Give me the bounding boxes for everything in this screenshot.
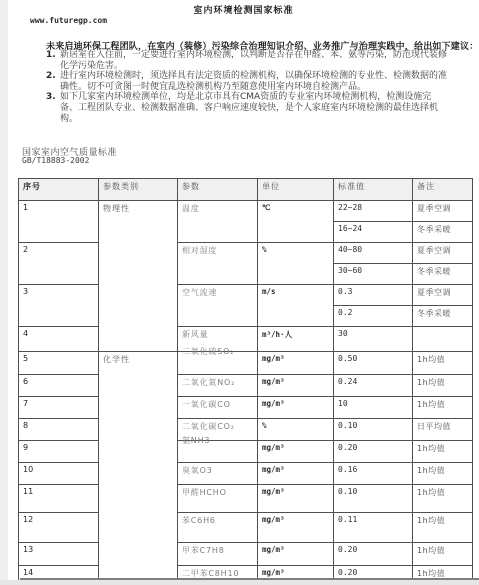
parameter-cell: 甲醛HCHO bbox=[178, 485, 258, 513]
column-header: 参数 bbox=[178, 179, 258, 201]
row-number-cell: 9 bbox=[19, 441, 99, 463]
unit-cell: mg/m³ bbox=[258, 352, 334, 375]
remark-cell: 冬季采暖 bbox=[413, 222, 473, 243]
parameter-cell: 二氧化氮NO₂ bbox=[178, 375, 258, 397]
unit-cell: ℃ bbox=[258, 201, 334, 243]
row-number-cell: 3 bbox=[19, 285, 99, 327]
standard-value-cell: 0.10 bbox=[334, 419, 413, 441]
table-row: 10臭氧O3mg/m³0.161h均值 bbox=[19, 463, 473, 485]
standard-value-cell: 16~24 bbox=[334, 222, 413, 243]
standard-value-cell: 30 bbox=[334, 327, 413, 352]
unit-cell: m³/h·人 bbox=[258, 327, 334, 352]
recommendation-item: 2.进行室内环境检测时，须选择具有法定资质的检测机构，以确保环境检测的专业性、检… bbox=[46, 71, 448, 92]
item-text: 如下几家室内环境检测单位，均是北京市具有CMA资质的专业室内环境检测机构，检测设… bbox=[60, 92, 438, 123]
standard-value-cell: 30~60 bbox=[334, 264, 413, 285]
below-page-background bbox=[0, 580, 479, 585]
remark-cell: 1h均值 bbox=[413, 441, 473, 463]
table-row: 2相对湿度%40~80夏季空调 bbox=[19, 243, 473, 264]
table-row: 13甲苯C7H8mg/m³0.201h均值 bbox=[19, 543, 473, 566]
column-header: 参数类别 bbox=[99, 179, 178, 201]
parameter-label: 甲醛HCHO bbox=[182, 487, 227, 498]
category-cell: 化学性 bbox=[99, 352, 178, 585]
table-header-row: 序号参数类别参数单位标准值备注 bbox=[19, 179, 473, 201]
parameter-label: 一氧化碳CO bbox=[182, 399, 231, 410]
document-page: 室内环境检测国家标准 www.futuregp.com 未来启迪环保工程团队，在… bbox=[8, 0, 479, 585]
item-text: 进行室内环境检测时，须选择具有法定资质的检测机构，以确保环境检测的专业性、检测数… bbox=[60, 71, 447, 92]
table-row: 9氨NH3mg/m³0.201h均值 bbox=[19, 441, 473, 463]
parameter-cell: 氨NH3 bbox=[178, 441, 258, 463]
item-text: 新居室在入住前，一定要进行室内环境检测，以判断是否存在甲醛、苯、氨等污染，防范现… bbox=[60, 50, 447, 71]
parameter-label: 二氧化氮NO₂ bbox=[182, 377, 235, 388]
standard-value-cell: 0.10 bbox=[334, 485, 413, 513]
table-row: 6二氧化氮NO₂mg/m³0.241h均值 bbox=[19, 375, 473, 397]
row-number-cell: 5 bbox=[19, 352, 99, 375]
remark-cell: 1h均值 bbox=[413, 397, 473, 419]
column-header: 序号 bbox=[19, 179, 99, 201]
parameter-cell: 一氧化碳CO bbox=[178, 397, 258, 419]
parameter-label: 新风量 bbox=[182, 329, 208, 340]
parameter-cell: 空气流速 bbox=[178, 285, 258, 327]
table-row: 1物理性温度℃22~28夏季空调 bbox=[19, 201, 473, 222]
parameter-label: 氨NH3 bbox=[182, 435, 210, 446]
remark-cell: 1h均值 bbox=[413, 543, 473, 566]
website-url: www.futuregp.com bbox=[30, 16, 107, 25]
standard-value-cell: 0.3 bbox=[334, 285, 413, 306]
parameter-cell: 苯C6H6 bbox=[178, 513, 258, 543]
row-number-cell: 7 bbox=[19, 397, 99, 419]
row-number-cell: 11 bbox=[19, 485, 99, 513]
recommendations-list: 1.新居室在入住前，一定要进行室内环境检测，以判断是否存在甲醛、苯、氨等污染，防… bbox=[46, 50, 448, 124]
remark-cell: 1h均值 bbox=[413, 513, 473, 543]
standard-value-cell: 0.20 bbox=[334, 441, 413, 463]
standard-value-cell: 40~80 bbox=[334, 243, 413, 264]
table-row: 12苯C6H6mg/m³0.111h均值 bbox=[19, 513, 473, 543]
standard-value-cell: 0.24 bbox=[334, 375, 413, 397]
remark-cell: 夏季空调 bbox=[413, 285, 473, 306]
remark-cell: 冬季采暖 bbox=[413, 264, 473, 285]
remark-cell: 夏季空调 bbox=[413, 243, 473, 264]
remark-cell: 1h均值 bbox=[413, 375, 473, 397]
row-number-cell: 1 bbox=[19, 201, 99, 243]
page-left-margin bbox=[0, 0, 8, 585]
row-number-cell: 12 bbox=[19, 513, 99, 543]
standard-value-cell: 0.20 bbox=[334, 543, 413, 566]
standard-value-cell: 22~28 bbox=[334, 201, 413, 222]
standard-value-cell: 0.16 bbox=[334, 463, 413, 485]
recommendation-item: 3.如下几家室内环境检测单位，均是北京市具有CMA资质的专业室内环境检测机构，检… bbox=[46, 92, 448, 124]
row-number-cell: 2 bbox=[19, 243, 99, 285]
table-row: 8二氧化碳CO₂%0.10日平均值 bbox=[19, 419, 473, 441]
table-row: 4新风量m³/h·人30 bbox=[19, 327, 473, 352]
standard-code: GB/T18883-2002 bbox=[22, 156, 89, 165]
parameter-label: 相对湿度 bbox=[182, 245, 217, 256]
parameter-label: 温度 bbox=[182, 203, 200, 214]
parameter-cell: 二氧化硫SO₂ bbox=[178, 352, 258, 375]
recommendation-item: 1.新居室在入住前，一定要进行室内环境检测，以判断是否存在甲醛、苯、氨等污染，防… bbox=[46, 50, 448, 71]
row-number-cell: 4 bbox=[19, 327, 99, 352]
remark-cell: 1h均值 bbox=[413, 352, 473, 375]
remark-cell bbox=[413, 327, 473, 352]
table-row: 3空气流速m/s0.3夏季空调 bbox=[19, 285, 473, 306]
column-header: 标准值 bbox=[334, 179, 413, 201]
parameter-label: 臭氧O3 bbox=[182, 465, 213, 476]
remark-cell: 1h均值 bbox=[413, 485, 473, 513]
standard-value-cell: 10 bbox=[334, 397, 413, 419]
unit-cell: % bbox=[258, 243, 334, 285]
row-number-cell: 10 bbox=[19, 463, 99, 485]
remark-cell: 冬季采暖 bbox=[413, 306, 473, 327]
unit-cell: mg/m³ bbox=[258, 441, 334, 463]
table-header: 序号参数类别参数单位标准值备注 bbox=[19, 179, 473, 201]
parameter-label: 二氧化碳CO₂ bbox=[182, 421, 235, 432]
parameter-cell: 臭氧O3 bbox=[178, 463, 258, 485]
remark-cell: 1h均值 bbox=[413, 463, 473, 485]
table-row: 5化学性二氧化硫SO₂mg/m³0.501h均值 bbox=[19, 352, 473, 375]
parameter-cell: 相对湿度 bbox=[178, 243, 258, 285]
unit-cell: mg/m³ bbox=[258, 485, 334, 513]
unit-cell: mg/m³ bbox=[258, 375, 334, 397]
document-title: 室内环境检测国家标准 bbox=[8, 3, 479, 16]
parameter-label: 二氧化硫SO₂ bbox=[182, 346, 234, 357]
standards-table-body: 1物理性温度℃22~28夏季空调16~24冬季采暖2相对湿度%40~80夏季空调… bbox=[19, 201, 473, 585]
standards-table: 序号参数类别参数单位标准值备注 1物理性温度℃22~28夏季空调16~24冬季采… bbox=[18, 178, 473, 585]
parameter-cell: 温度 bbox=[178, 201, 258, 243]
item-number: 2. bbox=[46, 71, 56, 82]
category-cell: 物理性 bbox=[99, 201, 178, 352]
item-number: 3. bbox=[46, 92, 56, 103]
parameter-cell: 甲苯C7H8 bbox=[178, 543, 258, 566]
remark-cell: 夏季空调 bbox=[413, 201, 473, 222]
row-number-cell: 13 bbox=[19, 543, 99, 566]
standard-value-cell: 0.50 bbox=[334, 352, 413, 375]
parameter-label: 甲苯C7H8 bbox=[182, 545, 225, 556]
unit-cell: m/s bbox=[258, 285, 334, 327]
column-header: 单位 bbox=[258, 179, 334, 201]
row-number-cell: 8 bbox=[19, 419, 99, 441]
standard-value-cell: 0.2 bbox=[334, 306, 413, 327]
table-row: 11甲醛HCHOmg/m³0.101h均值 bbox=[19, 485, 473, 513]
parameter-label: 空气流速 bbox=[182, 287, 217, 298]
row-number-cell: 6 bbox=[19, 375, 99, 397]
item-number: 1. bbox=[46, 50, 56, 61]
table-row: 7一氧化碳COmg/m³101h均值 bbox=[19, 397, 473, 419]
unit-cell: mg/m³ bbox=[258, 463, 334, 485]
remark-cell: 日平均值 bbox=[413, 419, 473, 441]
standard-value-cell: 0.11 bbox=[334, 513, 413, 543]
unit-cell: % bbox=[258, 419, 334, 441]
unit-cell: mg/m³ bbox=[258, 397, 334, 419]
page-bottom-edge bbox=[20, 578, 479, 580]
parameter-label: 苯C6H6 bbox=[182, 515, 216, 526]
column-header: 备注 bbox=[413, 179, 473, 201]
unit-cell: mg/m³ bbox=[258, 513, 334, 543]
unit-cell: mg/m³ bbox=[258, 543, 334, 566]
